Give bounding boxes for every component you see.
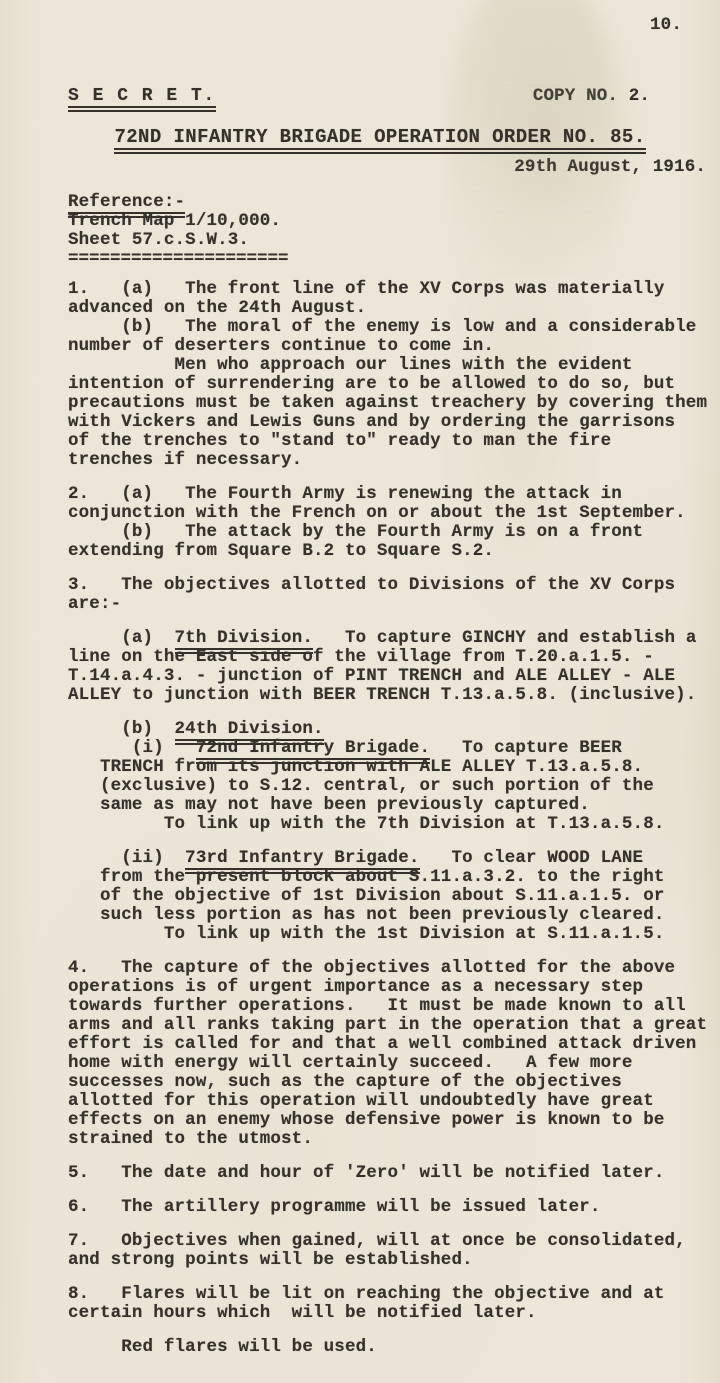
text-line: 7. Objectives when gained, will at once … — [68, 1232, 720, 1251]
paragraph: Red flares will be used. — [68, 1338, 720, 1357]
text-line: trenches if necessary. — [68, 451, 720, 470]
text-line: home with energy will certainly succeed.… — [68, 1054, 720, 1073]
text-line: operations is of urgent importance as a … — [68, 978, 720, 997]
reference-block: Reference:- Trench Map 1/10,000. Sheet 5… — [68, 193, 720, 269]
text-line: 6. The artillery programme will be issue… — [68, 1198, 720, 1217]
paragraph: (a) 7th Division. To capture GINCHY and … — [68, 629, 720, 705]
text-line: effects on an enemy whose defensive powe… — [68, 1111, 720, 1130]
text-line: of the objective of 1st Division about S… — [68, 887, 720, 906]
text-line: T.14.a.4.3. - junction of PINT TRENCH an… — [68, 667, 720, 686]
text-line: precautions must be taken against treach… — [68, 394, 720, 413]
copy-number: COPY NO. 2. — [533, 86, 650, 106]
text-line: 8. Flares will be lit on reaching the ob… — [68, 1285, 720, 1304]
text-line: strained to the utmost. — [68, 1130, 720, 1149]
text-line: ALLEY to junction with BEER TRENCH T.13.… — [68, 686, 720, 705]
text-line: To link up with the 7th Division at T.13… — [68, 815, 720, 834]
paragraph: (ii) 73rd Infantry Brigade. To clear WOO… — [68, 849, 720, 944]
reference-label: Reference:- — [68, 192, 185, 214]
paragraph: 1. (a) The front line of the XV Corps wa… — [68, 280, 720, 470]
order-date: 29th August, 1916. — [68, 157, 720, 177]
paragraph: 8. Flares will be lit on reaching the ob… — [68, 1285, 720, 1323]
paragraph: 7. Objectives when gained, will at once … — [68, 1232, 720, 1270]
text-line: 2. (a) The Fourth Army is renewing the a… — [68, 485, 720, 504]
text-line: effort is called for and that a well com… — [68, 1035, 720, 1054]
text-line: number of deserters continue to come in. — [68, 337, 720, 356]
text-line: (a) 7th Division. To capture GINCHY and … — [68, 629, 720, 648]
text-line: with Vickers and Lewis Guns and by order… — [68, 413, 720, 432]
text-line: are:- — [68, 595, 720, 614]
reference-divider: ===================== — [68, 250, 720, 269]
text-line: certain hours which will be notified lat… — [68, 1304, 720, 1323]
title-row: 72ND INFANTRY BRIGADE OPERATION ORDER NO… — [0, 126, 720, 148]
paragraph: 6. The artillery programme will be issue… — [68, 1198, 720, 1217]
text-line: intention of surrendering are to be allo… — [68, 375, 720, 394]
text-line: line on the East side of the village fro… — [68, 648, 720, 667]
text-line: 3. The objectives allotted to Divisions … — [68, 576, 720, 595]
paragraph: 5. The date and hour of 'Zero' will be n… — [68, 1164, 720, 1183]
text-line: Men who approach our lines with the evid… — [68, 356, 720, 375]
text-line: (i) 72nd Infantry Brigade. To capture BE… — [68, 739, 720, 758]
text-line: conjunction with the French on or about … — [68, 504, 720, 523]
text-line: (b) The attack by the Fourth Army is on … — [68, 523, 720, 542]
text-line: same as may not have been previously cap… — [68, 796, 720, 815]
paragraph: (b) 24th Division. (i) 72nd Infantry Bri… — [68, 720, 720, 834]
text-line: advanced on the 24th August. — [68, 299, 720, 318]
text-line: and strong points will be established. — [68, 1251, 720, 1270]
text-line: (b) 24th Division. — [68, 720, 720, 739]
classification-row: S E C R E T. COPY NO. 2. — [68, 86, 720, 108]
text-line: arms and all ranks taking part in the op… — [68, 1016, 720, 1035]
text-line: of the trenches to "stand to" ready to m… — [68, 432, 720, 451]
text-line: successes now, such as the capture of th… — [68, 1073, 720, 1092]
text-line: 4. The capture of the objectives allotte… — [68, 959, 720, 978]
text-line: (exclusive) to S.12. central, or such po… — [68, 777, 720, 796]
text-line: from the present block about S.11.a.3.2.… — [68, 868, 720, 887]
paragraph: 4. The capture of the objectives allotte… — [68, 959, 720, 1149]
text-line: To link up with the 1st Division at S.11… — [68, 925, 720, 944]
paragraph: 3. The objectives allotted to Divisions … — [68, 576, 720, 614]
order-body: 1. (a) The front line of the XV Corps wa… — [0, 280, 720, 1357]
page-number: 10. — [650, 15, 682, 35]
text-line: extending from Square B.2 to Square S.2. — [68, 542, 720, 561]
reference-line: Trench Map 1/10,000. — [68, 212, 720, 231]
text-line: towards further operations. It must be m… — [68, 997, 720, 1016]
document-page: 10. S E C R E T. COPY NO. 2. 72ND INFANT… — [0, 0, 720, 1383]
text-line: 5. The date and hour of 'Zero' will be n… — [68, 1164, 720, 1183]
text-line: Red flares will be used. — [68, 1338, 720, 1357]
classification-label: S E C R E T. — [68, 86, 216, 108]
text-line: allotted for this operation will undoubt… — [68, 1092, 720, 1111]
paragraph: 2. (a) The Fourth Army is renewing the a… — [68, 485, 720, 561]
text-line: (ii) 73rd Infantry Brigade. To clear WOO… — [68, 849, 720, 868]
text-line: such less portion as has not been previo… — [68, 906, 720, 925]
order-title: 72ND INFANTRY BRIGADE OPERATION ORDER NO… — [114, 126, 645, 150]
order-header: S E C R E T. COPY NO. 2. 72ND INFANTRY B… — [0, 0, 720, 269]
text-line: 1. (a) The front line of the XV Corps wa… — [68, 280, 720, 299]
reference-line: Sheet 57.c.S.W.3. — [68, 231, 720, 250]
text-line: (b) The moral of the enemy is low and a … — [68, 318, 720, 337]
text-line: TRENCH from its junction with ALE ALLEY … — [68, 758, 720, 777]
